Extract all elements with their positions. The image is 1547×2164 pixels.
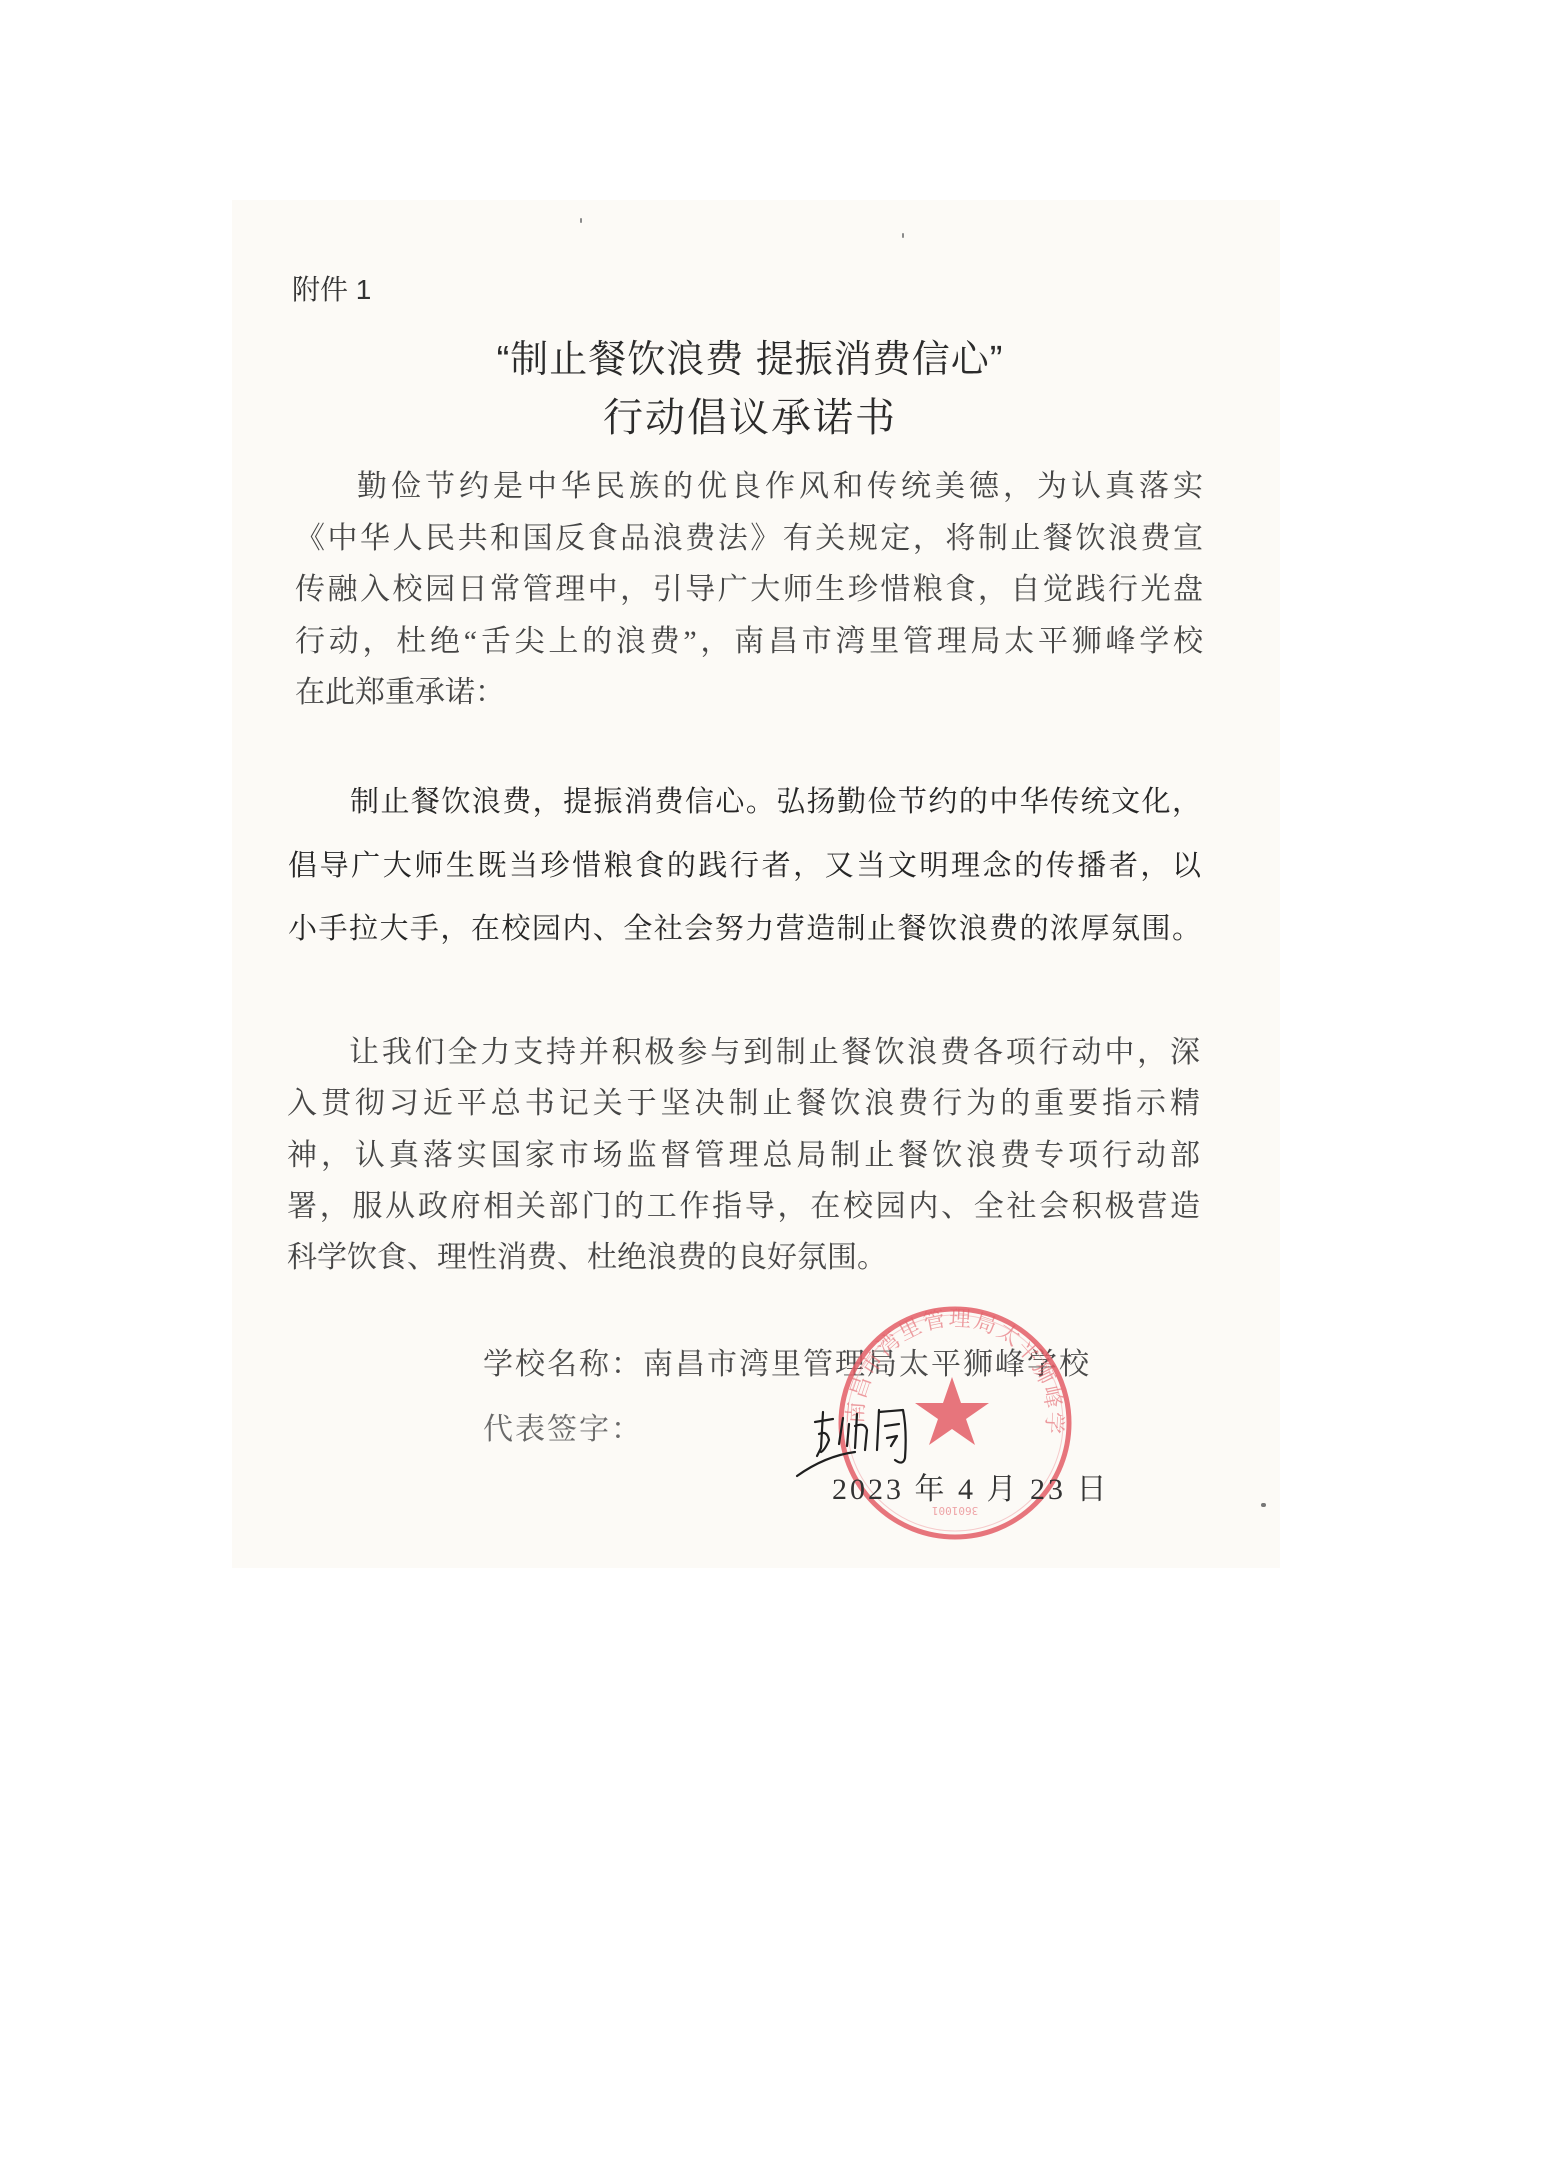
scan-speck xyxy=(902,233,904,238)
scan-speck xyxy=(580,218,582,223)
scan-speck xyxy=(1261,1503,1266,1507)
paragraph-call-to-action: 让我们全力支持并积极参与到制止餐饮浪费各项行动中，深 入贯彻习近平总书记关于坚决… xyxy=(287,1027,1200,1283)
document-date: 2023 年 4 月 23 日 xyxy=(832,1470,1110,1510)
representative-signature-label: 代表签字： xyxy=(483,1410,643,1450)
school-name-label: 学校名称： xyxy=(483,1348,643,1381)
text-line: 署，服从政府相关部门的工作指导，在校园内、全社会积极营造 xyxy=(287,1181,1200,1232)
text-line: 制止餐饮浪费，提振消费信心。弘扬勤俭节约的中华传统文化， xyxy=(288,771,1201,835)
text-line: 勤俭节约是中华民族的优良作风和传统美德，为认真落实 xyxy=(295,461,1203,513)
paragraph-commitment: 制止餐饮浪费，提振消费信心。弘扬勤俭节约的中华传统文化， 倡导广大师生既当珍惜粮… xyxy=(288,771,1201,962)
annex-label: 附件 1 xyxy=(292,272,371,308)
text-line: 传融入校园日常管理中，引导广大师生珍惜粮食，自觉践行光盘 xyxy=(295,564,1203,616)
text-line: 行动，杜绝“舌尖上的浪费”，南昌市湾里管理局太平狮峰学校 xyxy=(295,616,1203,668)
handwritten-signature xyxy=(795,1400,930,1478)
text-line: 《中华人民共和国反食品浪费法》有关规定，将制止餐饮浪费宣 xyxy=(295,513,1203,565)
document-title-line2: 行动倡议承诺书 xyxy=(380,394,1120,442)
text-line: 小手拉大手，在校园内、全社会努力营造制止餐饮浪费的浓厚氛围。 xyxy=(288,898,1201,962)
text-line: 让我们全力支持并积极参与到制止餐饮浪费各项行动中，深 xyxy=(287,1027,1200,1078)
document-title-line1: “制止餐饮浪费 提振消费信心” xyxy=(380,336,1120,384)
text-line: 入贯彻习近平总书记关于坚决制止餐饮浪费行为的重要指示精 xyxy=(287,1078,1200,1129)
paragraph-intro: 勤俭节约是中华民族的优良作风和传统美德，为认真落实 《中华人民共和国反食品浪费法… xyxy=(295,461,1203,719)
text-line: 科学饮食、理性消费、杜绝浪费的良好氛围。 xyxy=(287,1232,1200,1283)
text-line: 倡导广大师生既当珍惜粮食的践行者，又当文明理念的传播者，以 xyxy=(288,835,1201,899)
text-line: 在此郑重承诺： xyxy=(295,667,1203,719)
text-line: 神，认真落实国家市场监督管理总局制止餐饮浪费专项行动部 xyxy=(287,1130,1200,1181)
